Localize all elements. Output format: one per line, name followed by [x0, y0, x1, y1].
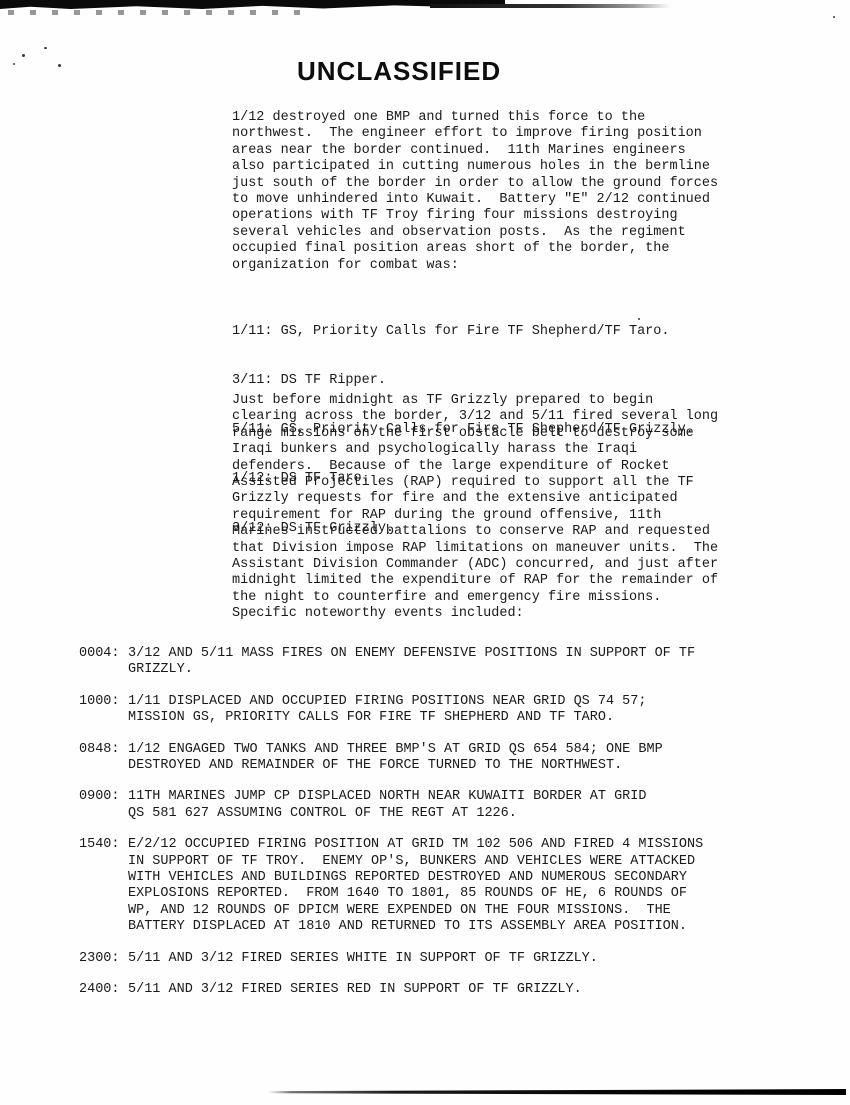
scan-artifact-bottom-line: [268, 1088, 846, 1095]
event-entry: 0004: 3/12 AND 5/11 MASS FIRES ON ENEMY …: [79, 646, 830, 679]
event-entry: 0900: 11TH MARINES JUMP CP DISPLACED NOR…: [79, 789, 830, 822]
scan-speck: [833, 16, 835, 18]
org-list-item: 1/11: GS, Priority Calls for Fire TF She…: [232, 324, 694, 340]
event-text: 11TH MARINES JUMP CP DISPLACED NORTH NEA…: [128, 789, 646, 822]
event-time: 2400:: [79, 982, 128, 998]
org-list-item: 3/11: DS TF Ripper.: [232, 373, 694, 389]
classification-marking: UNCLASSIFIED: [297, 56, 501, 87]
event-time: 2300:: [79, 951, 128, 967]
event-text: 1/12 ENGAGED TWO TANKS AND THREE BMP'S A…: [128, 742, 663, 775]
scan-speck: [58, 64, 61, 67]
event-entry: 2400: 5/11 AND 3/12 FIRED SERIES RED IN …: [79, 982, 830, 998]
event-entry: 2300: 5/11 AND 3/12 FIRED SERIES WHITE I…: [79, 951, 830, 967]
event-time: 0004:: [79, 646, 128, 679]
event-entry: 1540: E/2/12 OCCUPIED FIRING POSITION AT…: [79, 837, 830, 935]
narrative-paragraph-1: 1/12 destroyed one BMP and turned this f…: [232, 110, 718, 274]
event-entry: 1000: 1/11 DISPLACED AND OCCUPIED FIRING…: [79, 694, 830, 727]
event-time: 0900:: [79, 789, 128, 822]
event-time: 0848:: [79, 742, 128, 775]
scan-artifact-top-line: [430, 4, 670, 8]
event-log: 0004: 3/12 AND 5/11 MASS FIRES ON ENEMY …: [79, 646, 830, 1029]
scan-artifact-top-speckle: [8, 10, 308, 15]
scanned-document-page: UNCLASSIFIED 1/12 destroyed one BMP and …: [0, 0, 850, 1105]
event-entry: 0848: 1/12 ENGAGED TWO TANKS AND THREE B…: [79, 742, 830, 775]
event-time: 1000:: [79, 694, 128, 727]
event-text: 3/12 AND 5/11 MASS FIRES ON ENEMY DEFENS…: [128, 646, 695, 679]
scan-speck: [22, 54, 25, 57]
event-text: 1/11 DISPLACED AND OCCUPIED FIRING POSIT…: [128, 694, 646, 727]
event-text: 5/11 AND 3/12 FIRED SERIES RED IN SUPPOR…: [128, 982, 582, 998]
event-text: 5/11 AND 3/12 FIRED SERIES WHITE IN SUPP…: [128, 951, 598, 967]
scan-speck: [13, 63, 15, 65]
scan-speck: [44, 47, 47, 49]
narrative-paragraph-2: Just before midnight as TF Grizzly prepa…: [232, 393, 718, 623]
event-time: 1540:: [79, 837, 128, 935]
event-text: E/2/12 OCCUPIED FIRING POSITION AT GRID …: [128, 837, 703, 935]
